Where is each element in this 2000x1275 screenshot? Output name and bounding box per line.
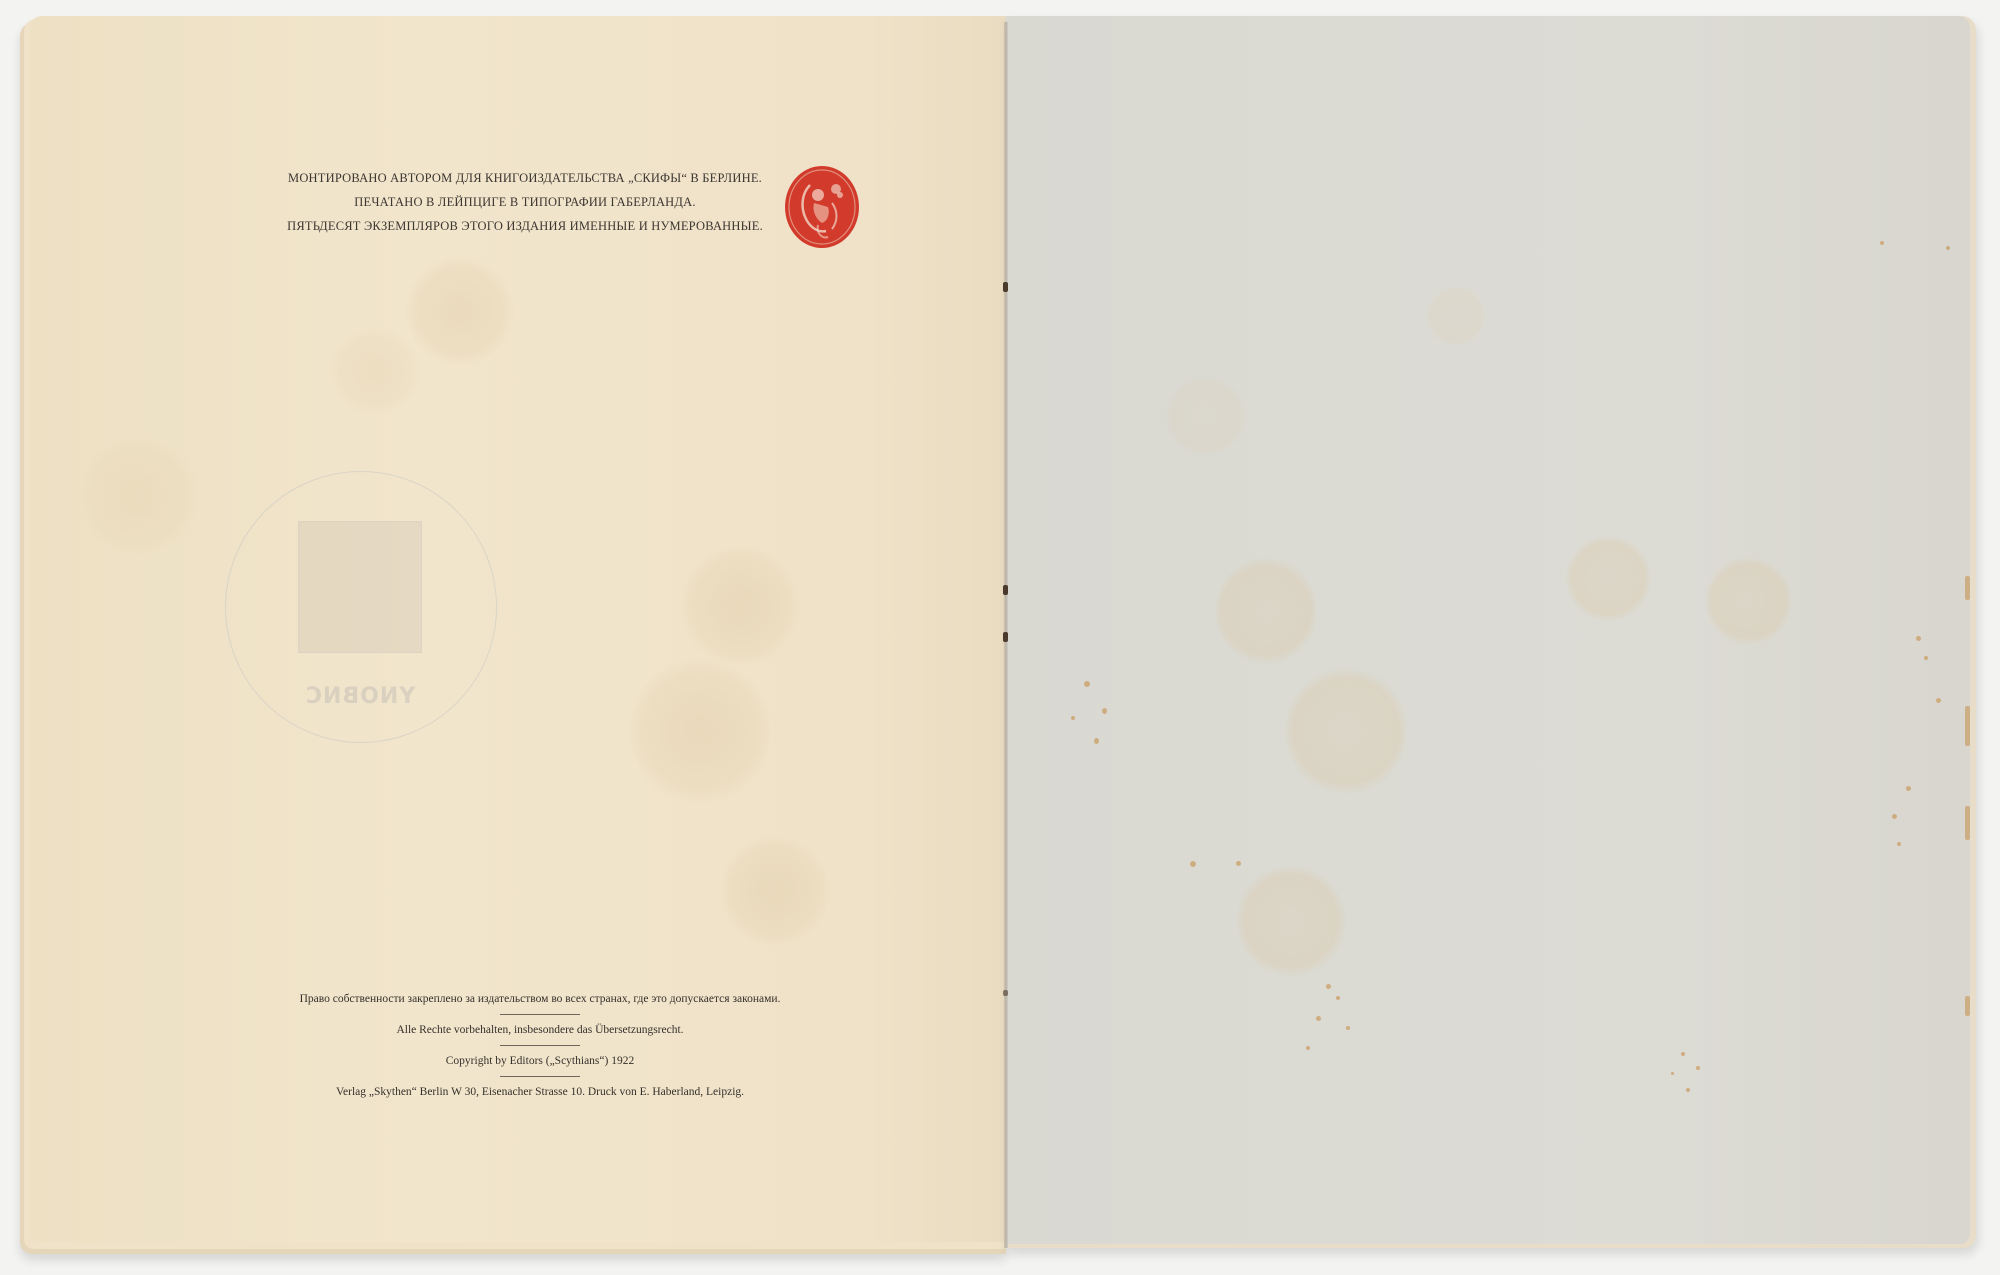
divider-rule	[500, 1045, 580, 1046]
imprint-line-2: ПЕЧАТАНО В ЛЕЙПЦИГЕ В ТИПОГРАФИИ ГАБЕРЛА…	[260, 190, 790, 214]
imprint-line-3: ПЯТЬДЕСЯТ ЭКЗЕМПЛЯРОВ ЭТОГО ИЗДАНИЯ ИМЕН…	[260, 214, 790, 238]
red-oval-seal-figure-icon	[782, 163, 862, 251]
foxing-ring	[1706, 556, 1791, 646]
foxing-dot	[1071, 716, 1075, 720]
staple-mark	[1003, 632, 1008, 642]
foxing-stain	[680, 546, 800, 666]
imprint-block: МОНТИРОВАНО АВТОРОМ ДЛЯ КНИГОИЗДАТЕЛЬСТВ…	[260, 166, 790, 238]
edge-stain	[1965, 806, 1970, 840]
staple-mark	[1003, 282, 1008, 292]
copyright-german: Alle Rechte vorbehalten, insbesondere da…	[260, 1023, 820, 1037]
left-page: YNOBNC МОНТИРОВАНО АВТОРОМ ДЛЯ КНИГОИЗДА…	[30, 16, 1006, 1242]
foxing-stain	[330, 326, 420, 416]
foxing-ring	[1166, 376, 1246, 456]
foxing-dot	[1946, 246, 1950, 250]
foxing-dot	[1681, 1052, 1685, 1056]
edge-stain	[1965, 706, 1970, 746]
foxing-stain	[720, 836, 830, 946]
foxing-ring	[1236, 866, 1346, 976]
edge-stain	[1965, 576, 1970, 600]
foxing-ring	[1216, 556, 1316, 666]
foxing-dot	[1094, 738, 1099, 744]
right-page	[1006, 16, 1970, 1244]
copyright-block: Право собственности закреплено за издате…	[260, 984, 820, 1107]
edge-stain	[1965, 996, 1970, 1016]
foxing-stain	[405, 256, 515, 366]
foxing-dot	[1924, 656, 1928, 660]
left-page-stack: YNOBNC МОНТИРОВАНО АВТОРОМ ДЛЯ КНИГОИЗДА…	[20, 16, 1006, 1252]
foxing-dot	[1102, 708, 1107, 714]
showthrough-square	[298, 521, 422, 653]
foxing-dot	[1696, 1066, 1700, 1070]
divider-rule	[500, 1076, 580, 1077]
foxing-dot	[1892, 814, 1897, 819]
foxing-dot	[1306, 1046, 1310, 1050]
divider-rule	[500, 1014, 580, 1015]
copyright-russian: Право собственности закреплено за издате…	[260, 992, 820, 1006]
foxing-dot	[1316, 1016, 1321, 1021]
foxing-stain	[80, 436, 200, 556]
foxing-stain	[630, 656, 770, 806]
foxing-dot	[1190, 861, 1196, 867]
foxing-dot	[1336, 996, 1340, 1000]
publisher-printer-line: Verlag „Skythen“ Berlin W 30, Eisenacher…	[260, 1085, 820, 1099]
foxing-dot	[1346, 1026, 1350, 1030]
foxing-dot	[1906, 786, 1911, 791]
foxing-dot	[1236, 861, 1241, 866]
foxing-dot	[1880, 241, 1884, 245]
staple-mark	[1003, 990, 1008, 996]
foxing-ring	[1566, 536, 1651, 621]
foxing-dot	[1936, 698, 1941, 703]
foxing-dot	[1671, 1072, 1674, 1075]
foxing-dot	[1326, 984, 1331, 989]
foxing-dot	[1897, 842, 1901, 846]
foxing-dot	[1084, 681, 1090, 687]
staple-mark	[1003, 585, 1008, 595]
copyright-english: Copyright by Editors („Scythians“) 1922	[260, 1054, 820, 1068]
foxing-ring	[1286, 666, 1406, 796]
showthrough-text: YNOBNC	[295, 684, 425, 709]
foxing-ring	[1426, 286, 1486, 346]
imprint-line-1: МОНТИРОВАНО АВТОРОМ ДЛЯ КНИГОИЗДАТЕЛЬСТВ…	[260, 166, 790, 190]
foxing-dot	[1686, 1088, 1690, 1092]
foxing-dot	[1916, 636, 1921, 641]
book-spread: YNOBNC МОНТИРОВАНО АВТОРОМ ДЛЯ КНИГОИЗДА…	[0, 0, 2000, 1275]
